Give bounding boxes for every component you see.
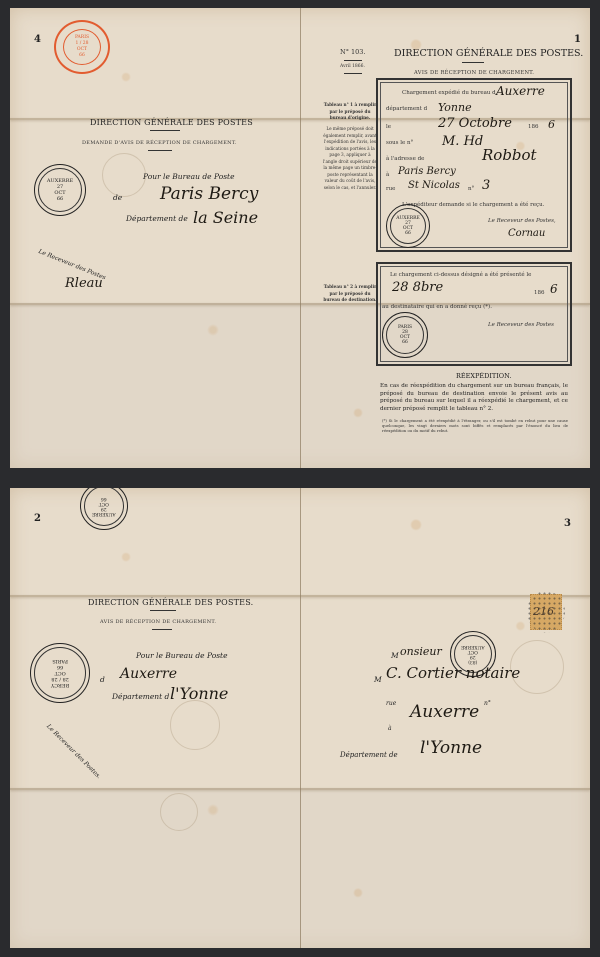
- stamp-text: OCT: [92, 501, 116, 506]
- page-title: DIRECTION GÉNÉRALE DES POSTES.: [88, 598, 253, 607]
- request-text: L'expéditeur demande si le chargement a …: [402, 202, 544, 208]
- divider: [344, 73, 362, 74]
- city-handwritten: Auxerre: [410, 702, 479, 722]
- rue-label: rue: [386, 700, 396, 707]
- stamp-text: AUXERRE: [461, 644, 485, 649]
- cancel-number: 216: [533, 605, 554, 618]
- center-fold: [300, 8, 301, 468]
- signature-handwritten: Rleau: [65, 276, 103, 291]
- m2-label: M: [374, 675, 382, 684]
- divider: [150, 610, 176, 611]
- addressee-handwritten: C. Cortier notaire: [386, 664, 520, 682]
- divider: [152, 629, 172, 630]
- form-date: Avril 1866.: [340, 64, 365, 69]
- year-label: 186: [534, 290, 545, 296]
- side-note-body: Le même préposé doit également remplir, …: [322, 126, 378, 191]
- field-label: sous le n°: [386, 140, 413, 146]
- faint-stamp: [160, 793, 198, 831]
- stamp-text: 66: [92, 496, 116, 501]
- stamp-text: 66: [398, 340, 412, 345]
- red-paris-stamp: PARIS 1 / 28 OCT 66: [54, 20, 110, 74]
- m-label: M: [391, 651, 399, 660]
- paris-bercy-stamp: BERCY 28 / 28 OCT 66 PARIS: [30, 643, 90, 703]
- side-note-2: Tableau n° 2 à remplir par le préposé du…: [322, 284, 378, 304]
- departement-label: Département de: [340, 751, 398, 759]
- center-fold: [300, 488, 301, 948]
- faint-stamp: [102, 153, 146, 197]
- field-value: St Nicolas: [408, 180, 460, 191]
- divider: [148, 150, 172, 151]
- stamp-text: 66: [396, 231, 420, 236]
- field-label: Chargement expédié du bureau d: [402, 90, 496, 96]
- departement-label: Département d: [112, 692, 169, 701]
- page-number: 3: [564, 518, 571, 529]
- field-value: 3: [482, 178, 490, 193]
- page-title: DIRECTION GÉNÉRALE DES POSTES.: [394, 48, 583, 59]
- stamp-text: 66: [47, 196, 73, 202]
- page-number: 2: [34, 513, 41, 524]
- faint-stamp: [170, 700, 220, 750]
- stamp-text: 29: [461, 654, 485, 659]
- year-label: 186: [528, 124, 539, 130]
- page-number: 4: [34, 34, 41, 45]
- departement-handwritten: la Seine: [193, 208, 258, 227]
- stamp-text: PARIS: [51, 658, 69, 664]
- field-value: 27 Octobre: [438, 116, 512, 131]
- date-handwritten: 28 8bre: [392, 280, 443, 295]
- stamp-text: 28 / 28: [51, 676, 69, 682]
- field-value: Robbot: [482, 146, 537, 164]
- no-label: n°: [484, 700, 491, 707]
- field-value: Yonne: [438, 101, 472, 114]
- field-value: Paris Bercy: [398, 166, 456, 177]
- receipt-text: au destinataire qui en a donné reçu (*).: [382, 304, 492, 310]
- paris-stamp: PARIS 28 OCT 66: [382, 312, 428, 358]
- field-value: M. Hd: [442, 134, 483, 149]
- bureau-label: Pour le Bureau de Poste: [143, 172, 235, 181]
- field-label: n°: [468, 186, 474, 192]
- bureau-label: Pour le Bureau de Poste: [136, 651, 228, 660]
- field-label: rue: [386, 186, 395, 192]
- bureau-handwritten: Auxerre: [120, 666, 177, 682]
- year-value: 6: [550, 282, 558, 296]
- field-label: à: [386, 172, 389, 178]
- stamp-text: OCT: [461, 649, 485, 654]
- signature-label: Le Receveur des Postes,: [488, 218, 556, 224]
- postage-stamp: 216: [530, 594, 562, 630]
- de-label: de: [113, 193, 122, 202]
- d-label: d: [100, 675, 105, 684]
- signature-handwritten: Cornau: [508, 228, 545, 239]
- footnote: (*) Si le chargement a été réexpédié à l…: [382, 418, 568, 433]
- presented-text: Le chargement ci-dessus désigné a été pr…: [390, 272, 531, 278]
- bottom-sheet: 2 AUXERRE 29 OCT 66 DIRECTION GÉNÉRALE D…: [10, 488, 590, 948]
- signature-label: Le Receveur des Postes: [488, 322, 554, 328]
- field-label: le: [386, 124, 391, 130]
- page-title: DIRECTION GÉNÉRALE DES POSTES: [90, 118, 253, 127]
- signature-label: Le Receveur des Postes.: [45, 723, 102, 780]
- form-number: N° 103.: [340, 48, 365, 56]
- field-label: à l'adresse de: [386, 156, 424, 162]
- page-subtitle: DEMANDE D'AVIS DE RÉCEPTION DE CHARGEMEN…: [82, 140, 237, 146]
- m-handwritten: onsieur: [400, 645, 442, 658]
- auxerre-stamp: AUXERRE 29 OCT 66: [80, 488, 128, 530]
- page-subtitle: AVIS DE RÉCEPTION DE CHARGEMENT.: [414, 70, 534, 76]
- reexpedition-body: En cas de réexpédition du chargement sur…: [380, 383, 568, 413]
- stamp-text: 66: [75, 53, 89, 59]
- bureau-handwritten: Paris Bercy: [160, 184, 258, 204]
- page-subtitle: AVIS DE RÉCEPTION DE CHARGEMENT.: [100, 619, 216, 625]
- stamp-text: BERCY: [51, 682, 69, 688]
- auxerre-stamp: AUXERRE 27 OCT 66: [34, 164, 86, 216]
- departement-label: Département de: [126, 214, 188, 223]
- field-value: Auxerre: [496, 84, 545, 98]
- page-number: 1: [574, 34, 581, 45]
- divider: [344, 60, 362, 61]
- year-value: 6: [548, 118, 555, 131]
- field-label: département d: [386, 106, 427, 112]
- reexpedition-title: RÉEXPÉDITION.: [456, 372, 511, 380]
- departement-handwritten: l'Yonne: [420, 738, 482, 758]
- side-note-title: Tableau n° 1 à remplir par le préposé du…: [322, 102, 378, 122]
- auxerre-stamp: AUXERRE 27 OCT 66: [386, 204, 430, 248]
- divider: [150, 130, 180, 131]
- stamp-text: AUXERRE: [92, 511, 116, 516]
- top-sheet: 4 PARIS 1 / 28 OCT 66 DIRECTION GÉNÉRALE…: [10, 8, 590, 468]
- divider: [462, 62, 484, 63]
- a-label: à: [388, 725, 392, 732]
